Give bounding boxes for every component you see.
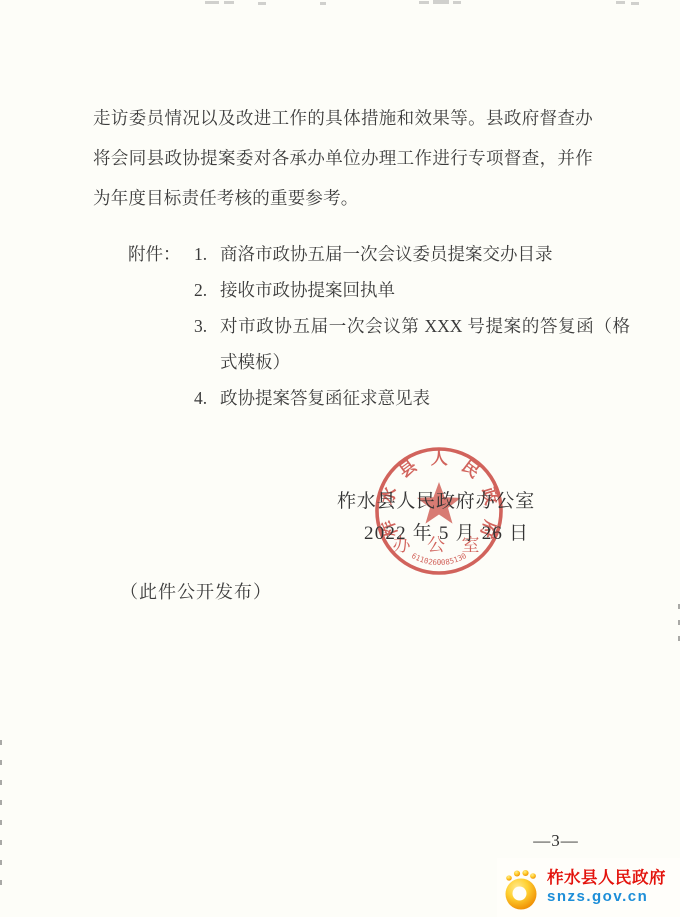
attachment-number: 2. <box>194 272 220 308</box>
scan-artifact <box>205 1 219 4</box>
signature-date: 2022 年 5 月 26 日 <box>364 518 529 545</box>
attachment-title: 接收市政协提案回执单 <box>220 272 630 308</box>
scan-artifact-left-edge <box>0 740 2 898</box>
attachments-label: 附件： <box>128 236 194 272</box>
scan-artifact <box>433 0 449 4</box>
scan-artifact <box>224 1 234 4</box>
attachment-number: 3. <box>194 308 220 380</box>
attachments-list: 1. 商洛市政协五届一次会议委员提案交办目录 2. 接收市政协提案回执单 3. … <box>194 236 630 416</box>
attachment-number: 1. <box>194 236 220 272</box>
attachments-section: 附件： 1. 商洛市政协五届一次会议委员提案交办目录 2. 接收市政协提案回执单… <box>128 236 640 416</box>
attachment-title: 政协提案答复函征求意见表 <box>220 380 630 416</box>
signature-org: 柞水县人民政府办公室 <box>337 486 535 513</box>
public-release-note: （此件公开发布） <box>120 578 272 604</box>
body-paragraph: 走访委员情况以及改进工作的具体措施和效果等。县政府督查办将会同县政协提案委对各承… <box>93 98 593 218</box>
site-badge-org: 柞水县人民政府 <box>547 868 666 889</box>
attachment-item: 2. 接收市政协提案回执单 <box>194 272 630 308</box>
attachment-number: 4. <box>194 380 220 416</box>
attachment-item: 3. 对市政协五届一次会议第 XXX 号提案的答复函（格式模板） <box>194 308 630 380</box>
page-number: —3— <box>520 831 592 851</box>
site-badge: 柞水县人民政府 snzs.gov.cn <box>497 858 680 917</box>
site-badge-domain: snzs.gov.cn <box>547 888 666 907</box>
scan-artifact <box>258 2 266 5</box>
document-page: 走访委员情况以及改进工作的具体措施和效果等。县政府督查办将会同县政协提案委对各承… <box>0 0 680 917</box>
site-badge-texts: 柞水县人民政府 snzs.gov.cn <box>547 868 666 907</box>
attachment-title: 对市政协五届一次会议第 XXX 号提案的答复函（格式模板） <box>220 308 630 380</box>
scan-artifact <box>320 2 326 5</box>
scan-artifact <box>419 1 429 4</box>
attachment-title: 商洛市政协五届一次会议委员提案交办目录 <box>220 236 630 272</box>
scan-artifact <box>453 1 461 4</box>
attachment-item: 4. 政协提案答复函征求意见表 <box>194 380 630 416</box>
scan-artifact <box>631 2 639 5</box>
scan-artifact <box>616 1 625 4</box>
attachment-item: 1. 商洛市政协五届一次会议委员提案交办目录 <box>194 236 630 272</box>
paw-logo-icon <box>497 864 547 912</box>
